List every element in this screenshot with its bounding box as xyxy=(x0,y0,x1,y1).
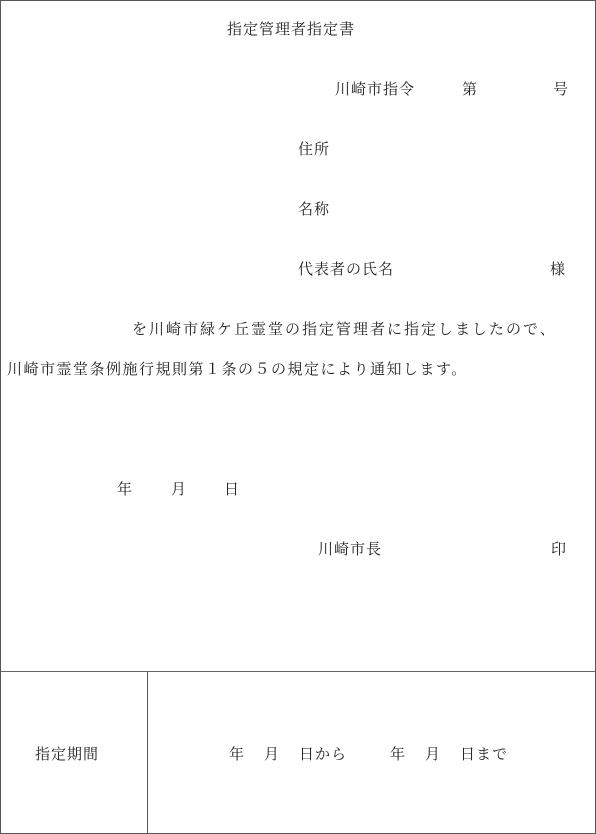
date-year: 年 xyxy=(117,480,133,498)
period-from-day: 日から xyxy=(299,745,347,763)
body-line-1: を川崎市緑ケ丘霊堂の指定管理者に指定しましたので、 xyxy=(132,320,557,338)
name-label: 名称 xyxy=(298,200,330,218)
honorific: 様 xyxy=(550,260,566,278)
period-from-month: 月 xyxy=(264,745,280,763)
order-number-prefix: 川崎市指令 xyxy=(335,80,415,98)
table-column-divider xyxy=(147,672,148,834)
document-page: 指定管理者指定書 川崎市指令 第 号 住所 名称 代表者の氏名 様 を川崎市緑ケ… xyxy=(0,0,596,834)
period-from-year: 年 xyxy=(229,745,245,763)
representative-label: 代表者の氏名 xyxy=(298,260,394,278)
body-line-2: 川崎市霊堂条例施行規則第１条の５の規定により通知します。 xyxy=(7,360,468,378)
date-month: 月 xyxy=(171,480,187,498)
address-label: 住所 xyxy=(298,140,330,158)
period-to-year: 年 xyxy=(390,745,406,763)
date-day: 日 xyxy=(224,480,240,498)
order-number-go: 号 xyxy=(553,80,569,98)
order-number-dai: 第 xyxy=(462,80,478,98)
period-to-month: 月 xyxy=(425,745,441,763)
period-to-day: 日まで xyxy=(460,745,508,763)
table-top-border xyxy=(1,671,595,672)
document-title: 指定管理者指定書 xyxy=(227,20,355,38)
period-label: 指定期間 xyxy=(35,745,99,763)
issuer-name: 川崎市長 xyxy=(318,540,382,558)
issuer-seal: 印 xyxy=(551,540,567,558)
